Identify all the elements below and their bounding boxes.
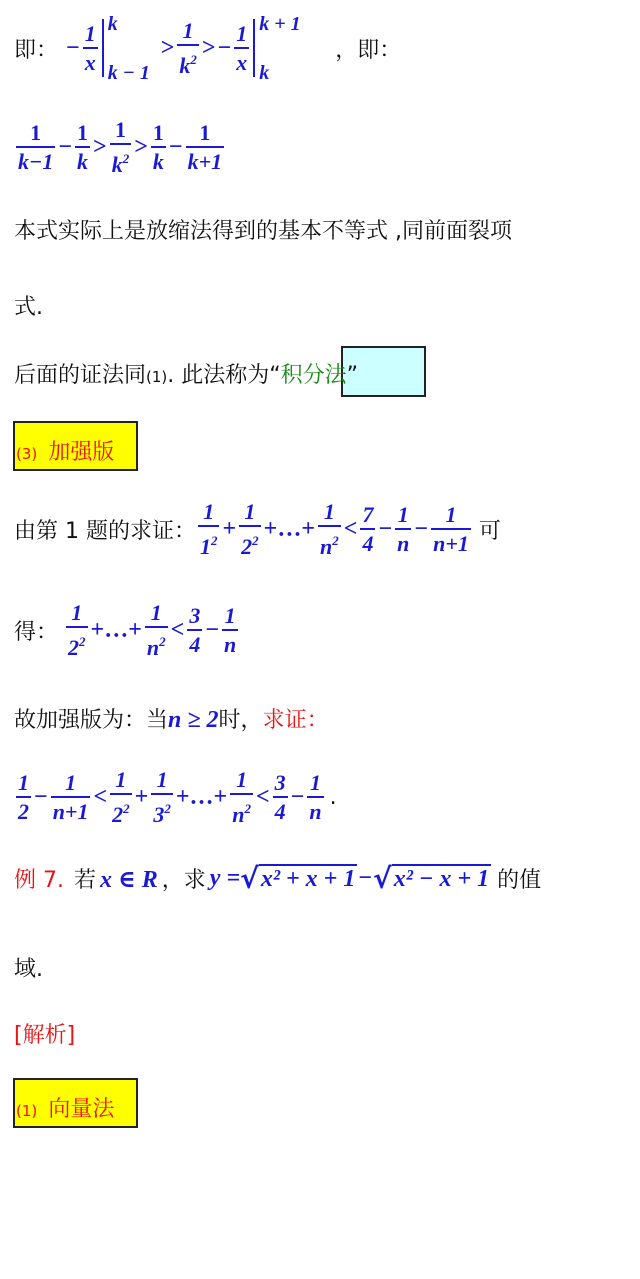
fraction: 1n2: [318, 500, 341, 559]
sqrt-icon: √: [373, 862, 392, 895]
less-sign: <: [171, 617, 185, 644]
method-name-line: 后面的证法同(1). 此法称为“积分法”: [14, 358, 358, 389]
prefix-text: 即：: [14, 33, 58, 64]
analysis-label: [解析]: [14, 1018, 75, 1049]
fraction: 34: [273, 771, 288, 824]
radicand: x² − x + 1: [392, 864, 491, 893]
prove-label: 求证：: [263, 708, 329, 733]
strong-inequality-line: 12 − 1n+1 < 122 + 132 +…+ 1n2 < 34 − 1n …: [14, 762, 337, 832]
period: .: [330, 785, 337, 810]
radicand: x² + x + 1: [259, 864, 358, 893]
text: ，求: [162, 863, 206, 894]
function-lhs: y =: [210, 865, 240, 892]
fraction: 132: [151, 768, 173, 827]
paragraph-line: 式.: [14, 290, 43, 321]
ellipsis-sum: +…+: [176, 784, 227, 811]
derived-line: 得： 122 +…+ 1n2 < 34 − 1n: [14, 595, 240, 665]
text: ”: [347, 363, 358, 388]
fraction: 1k−1: [16, 121, 55, 174]
section-title: 向量法: [48, 1097, 114, 1122]
fraction: 1x: [234, 22, 249, 75]
sqrt-icon: √: [240, 862, 259, 895]
ellipsis-sum: +…+: [264, 516, 315, 543]
text: 的值: [497, 863, 541, 894]
minus-sign: −: [378, 516, 392, 543]
evaluation-bar: kk − 1: [102, 19, 160, 77]
evaluation-bar: k + 1k: [253, 19, 325, 77]
minus-sign: −: [358, 865, 372, 892]
plus-sign: +: [222, 516, 236, 543]
less-sign: <: [344, 516, 358, 543]
text: 若: [74, 863, 96, 894]
text: . 此法称为“: [167, 363, 280, 388]
text: 由第 1 题的求证：: [14, 514, 196, 545]
minus-sign: −: [58, 134, 72, 161]
from-q1-line: 由第 1 题的求证： 112 + 122 +…+ 1n2 < 74 − 1n −…: [14, 494, 501, 564]
paragraph-line: 本式实际上是放缩法得到的基本不等式 ,同前面裂项: [14, 214, 512, 245]
section-1-heading-box: (1) 向量法: [13, 1078, 138, 1128]
less-sign: <: [93, 784, 107, 811]
fraction: 1n2: [145, 601, 168, 660]
greater-sign: >: [134, 134, 148, 161]
ellipsis-sum: +…+: [91, 617, 142, 644]
integral-method-highlight: 积分法: [281, 363, 347, 388]
example-7-line: 例 7. 若 x ∈ R ，求 y = √x² + x + 1 − √x² − …: [14, 862, 541, 895]
text: 时，: [219, 708, 263, 733]
example-label: 例 7.: [14, 863, 64, 894]
minus-sign: −: [218, 35, 232, 62]
minus-sign: −: [169, 134, 183, 161]
fraction: 1k2: [110, 118, 132, 177]
greater-sign: >: [93, 134, 107, 161]
fraction: 1n+1: [431, 503, 471, 556]
fraction: 122: [239, 500, 261, 559]
paragraph-line: 域.: [14, 952, 43, 983]
fraction: 1n2: [230, 768, 253, 827]
fraction: 1n: [395, 503, 411, 556]
condition: x ∈ R: [100, 864, 158, 894]
fraction: 74: [360, 503, 375, 556]
telescoping-inequality-line: 1k−1 − 1k > 1k2 > 1k − 1k+1: [14, 112, 226, 182]
text: 可: [479, 514, 501, 545]
fraction: 1n: [307, 771, 323, 824]
greater-sign: >: [202, 35, 216, 62]
integral-inequality-line: 即： − 1x kk − 1 > 1k2 > − 1x k + 1k ，即：: [14, 8, 401, 88]
strong-version-line: 故加强版为：当n ≥ 2时，求证：: [14, 703, 329, 734]
fraction: 122: [66, 601, 88, 660]
fraction: 122: [110, 768, 132, 827]
reference: (1): [146, 368, 167, 386]
section-title: 加强版: [48, 440, 114, 465]
minus-sign: −: [34, 784, 48, 811]
section-number: (1): [16, 1102, 37, 1120]
fraction: 34: [187, 604, 202, 657]
text: 故加强版为：当: [14, 708, 168, 733]
less-sign: <: [256, 784, 270, 811]
minus-sign: −: [205, 617, 219, 644]
text: 得：: [14, 615, 58, 646]
section-number: (3): [16, 445, 37, 463]
minus-sign: −: [414, 516, 428, 543]
minus-sign: −: [66, 35, 80, 62]
fraction: 1x: [83, 22, 98, 75]
text: 后面的证法同: [14, 363, 146, 388]
fraction: 1n+1: [51, 771, 91, 824]
fraction: 1k+1: [186, 121, 225, 174]
section-3-heading-box: (3) 加强版: [13, 421, 138, 471]
fraction: 1n: [222, 604, 238, 657]
fraction: 12: [16, 771, 31, 824]
condition: n ≥ 2: [168, 707, 219, 733]
greater-sign: >: [161, 35, 175, 62]
suffix-text: ，即：: [335, 33, 401, 64]
fraction: 1k: [151, 121, 166, 174]
fraction: 112: [198, 500, 220, 559]
fraction: 1k: [75, 121, 90, 174]
plus-sign: +: [135, 784, 149, 811]
fraction: 1k2: [177, 19, 199, 78]
minus-sign: −: [291, 784, 305, 811]
